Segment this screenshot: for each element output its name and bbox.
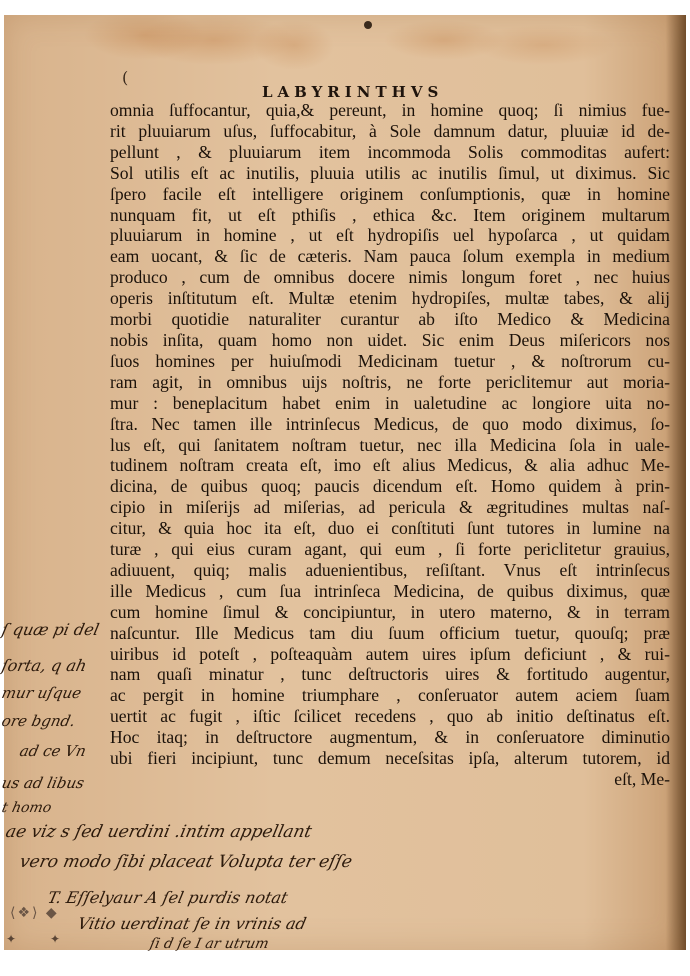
- text-line: omnia ſuffocantur, quia,& pereunt, in ho…: [110, 100, 670, 121]
- star-ornament-icon: ✦: [50, 932, 60, 946]
- star-ornament-icon: ✦: [6, 932, 16, 946]
- text-line: Sol utilis eſt ac inutilis, pluuia utili…: [110, 163, 670, 184]
- text-line: ſtra. Nec tamen ille intrinſecus Medicus…: [110, 414, 670, 435]
- text-line: produco , cum de omnibus docere nimis lo…: [110, 267, 670, 288]
- bottom-note: ae viz s ſed uerdini .intim appellant: [4, 822, 314, 842]
- text-line: ac pergit in homine triumphare , conſeru…: [110, 685, 670, 706]
- marginal-note: us ad libus: [0, 774, 86, 792]
- text-line: uiribus id poteſt , poſteaquàm autem uir…: [110, 644, 670, 665]
- marginal-note: ore bgnd.: [0, 712, 77, 730]
- text-line: cipio in miſerijs ad miſerias, ad pericu…: [110, 497, 670, 518]
- text-line: operis inſtitutum eſt. Multæ etenim hydr…: [110, 288, 670, 309]
- ink-blot: [364, 21, 372, 29]
- text-line: ille Medicus , cum ſua intrinſeca Medici…: [110, 581, 670, 602]
- text-line: lus eſt, qui ſanitatem noſtram tuetur, n…: [110, 435, 670, 456]
- marginal-note: ad ce Vn: [18, 742, 88, 760]
- running-head-title: LABYRINTHVS: [262, 83, 482, 101]
- bracket-mark: (: [122, 68, 128, 87]
- bottom-note: ſi d ſe I ar utrum: [148, 936, 270, 952]
- text-line: nunquam fit, ut eſt pthiſis , ethica &c.…: [110, 205, 670, 226]
- text-line: naſcuntur. Ille Medicus tam diu ſuum off…: [110, 623, 670, 644]
- printer-ornament-icon: ⟨❖⟩ ◆: [10, 905, 59, 921]
- text-line: adiuuent, quiq; malis aduenientibus, reſ…: [110, 560, 670, 581]
- text-line: turæ , qui eius curam agant, qui eum , ſ…: [110, 539, 670, 560]
- marginal-note: mur uſque: [0, 684, 83, 702]
- marginal-note: ſ quæ pi del: [0, 620, 101, 639]
- bottom-note: vero modo ſibi placeat Volupta ter eſſe: [18, 852, 354, 872]
- marginal-note: ſorta, q ah: [0, 656, 89, 675]
- text-line: dicina, de quibus quoq; paucis dicendum …: [110, 476, 670, 497]
- text-line: ſuos homines per huiuſmodi Medicinam tue…: [110, 351, 670, 372]
- text-line: eam uocant, & ſic de cæteris. Nam pauca …: [110, 246, 670, 267]
- marginal-note: t homo: [0, 800, 53, 816]
- text-line: rit pluuiarum uſus, ſuffocabitur, à Sole…: [110, 121, 670, 142]
- text-line: nam quaſi minatur , tunc deſtructoris ui…: [110, 664, 670, 685]
- text-line: mur : beneplacitum habet enim in ualetud…: [110, 393, 670, 414]
- body-text: omnia ſuffocantur, quia,& pereunt, in ho…: [110, 100, 670, 790]
- text-line: Hoc itaq; in deſtructore augmentum, & in…: [110, 727, 670, 748]
- catchword: eſt, Me-: [110, 769, 670, 790]
- text-line: cum homine ſimul & concipiuntur, in uter…: [110, 602, 670, 623]
- text-line: ſpero facile eſt intelligere originem co…: [110, 184, 670, 205]
- text-line: ubi fieri incipiunt, tunc demum neceſsit…: [110, 748, 670, 769]
- text-line: citur, & quia hoc ita eſt, duo ei conſti…: [110, 518, 670, 539]
- bottom-note: Vitio uerdinat ſe in vrinis ad: [76, 914, 308, 933]
- text-line: uertit ac fugit , iſtic ſcilicet receden…: [110, 706, 670, 727]
- bottom-note: T. Eſſelyaur A ſel purdis notat: [46, 888, 290, 907]
- text-line: nobis inſita, quam homo non uidet. Sic e…: [110, 330, 670, 351]
- text-line: pellunt , & pluuiarum item incommoda Sol…: [110, 142, 670, 163]
- text-line: tudinem noſtram creata eſt, imo eſt aliu…: [110, 455, 670, 476]
- text-line: morbi quotidie naturaliter curantur ab i…: [110, 309, 670, 330]
- text-line: ram agit, in omnibus uijs noſtris, ne fo…: [110, 372, 670, 393]
- text-line: pluuiarum in homine , ut eſt hydropiſis …: [110, 225, 670, 246]
